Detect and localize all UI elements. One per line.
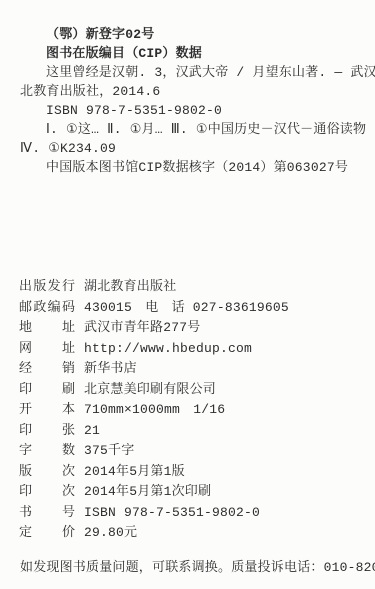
publication-value: 武汉市青年路277号: [84, 318, 200, 339]
row-price: 定价 29.80元: [19, 523, 375, 544]
row-isbn: 书号 ISBN 978-7-5351-9802-0: [19, 503, 375, 524]
publication-value: 710mm×1000mm 1/16: [84, 400, 225, 421]
row-format: 开本 710mm×1000mm 1/16: [19, 400, 375, 421]
publication-info-list: 出版发行 湖北教育出版社 邮政编码 430015 电 话 027-8361960…: [0, 277, 375, 544]
row-postal-code: 邮政编码 430015 电 话 027-83619605: [19, 298, 375, 319]
copyright-page: （鄂）新登字02号 图书在版编目（CIP）数据 这里曾经是汉朝. 3，汉武大帝 …: [0, 0, 375, 589]
publication-value: 21: [84, 421, 100, 442]
cip-classification-line: Ⅰ. ①这… Ⅱ. ①月… Ⅲ. ①中国历史－汉代－通俗读物: [20, 120, 357, 139]
row-printer: 印刷 北京慧美印刷有限公司: [19, 380, 375, 401]
cip-classification-line: Ⅳ. ①K234.09: [20, 139, 357, 158]
publication-value: 北京慧美印刷有限公司: [84, 380, 216, 401]
publication-label: 邮政编码: [19, 298, 75, 319]
publication-label: 地址: [19, 318, 75, 339]
cip-line: 北教育出版社，2014.6: [20, 82, 357, 101]
publication-label: 印张: [19, 421, 75, 442]
publication-value: 新华书店: [84, 359, 137, 380]
publication-label: 定价: [19, 523, 75, 544]
publication-value: ISBN 978-7-5351-9802-0: [84, 503, 260, 524]
publication-label: 印次: [19, 482, 75, 503]
publication-label: 网址: [19, 339, 75, 360]
row-address: 地址 武汉市青年路277号: [19, 318, 375, 339]
row-word-count: 字数 375千字: [19, 441, 375, 462]
row-impression: 印次 2014年5月第1次印刷: [19, 482, 375, 503]
row-publisher: 出版发行 湖北教育出版社: [19, 277, 375, 298]
quality-notice: 如发现图书质量问题，可联系调换。质量投诉电话：010-82069336: [0, 559, 375, 576]
row-printed-sheets: 印张 21: [19, 421, 375, 442]
cip-line: 这里曾经是汉朝. 3，汉武大帝 / 月望东山著. — 武汉：湖: [20, 63, 357, 82]
publication-value: 375千字: [84, 441, 134, 462]
row-edition: 版次 2014年5月第1版: [19, 462, 375, 483]
publication-label: 开本: [19, 400, 75, 421]
row-distributor: 经销 新华书店: [19, 359, 375, 380]
publication-label: 书号: [19, 503, 75, 524]
registration-number: （鄂）新登字02号: [20, 25, 357, 44]
publication-label: 出版发行: [19, 277, 75, 298]
publication-label: 字数: [19, 441, 75, 462]
publication-value: 2014年5月第1次印刷: [84, 482, 211, 503]
cip-isbn-line: ISBN 978-7-5351-9802-0: [20, 101, 357, 120]
publication-value: 2014年5月第1版: [84, 462, 185, 483]
publication-value: 29.80元: [84, 523, 137, 544]
publication-value: http://www.hbedup.com: [84, 339, 252, 360]
publication-value: 湖北教育出版社: [84, 277, 176, 298]
publication-label: 印刷: [19, 380, 75, 401]
cip-record-number-line: 中国版本图书馆CIP数据核字（2014）第063027号: [20, 158, 357, 177]
publication-label: 经销: [19, 359, 75, 380]
publication-value: 430015 电 话 027-83619605: [84, 298, 289, 319]
publication-label: 版次: [19, 462, 75, 483]
cip-block: （鄂）新登字02号 图书在版编目（CIP）数据 这里曾经是汉朝. 3，汉武大帝 …: [0, 0, 375, 177]
cip-data-header: 图书在版编目（CIP）数据: [20, 44, 357, 63]
row-website: 网址 http://www.hbedup.com: [19, 339, 375, 360]
